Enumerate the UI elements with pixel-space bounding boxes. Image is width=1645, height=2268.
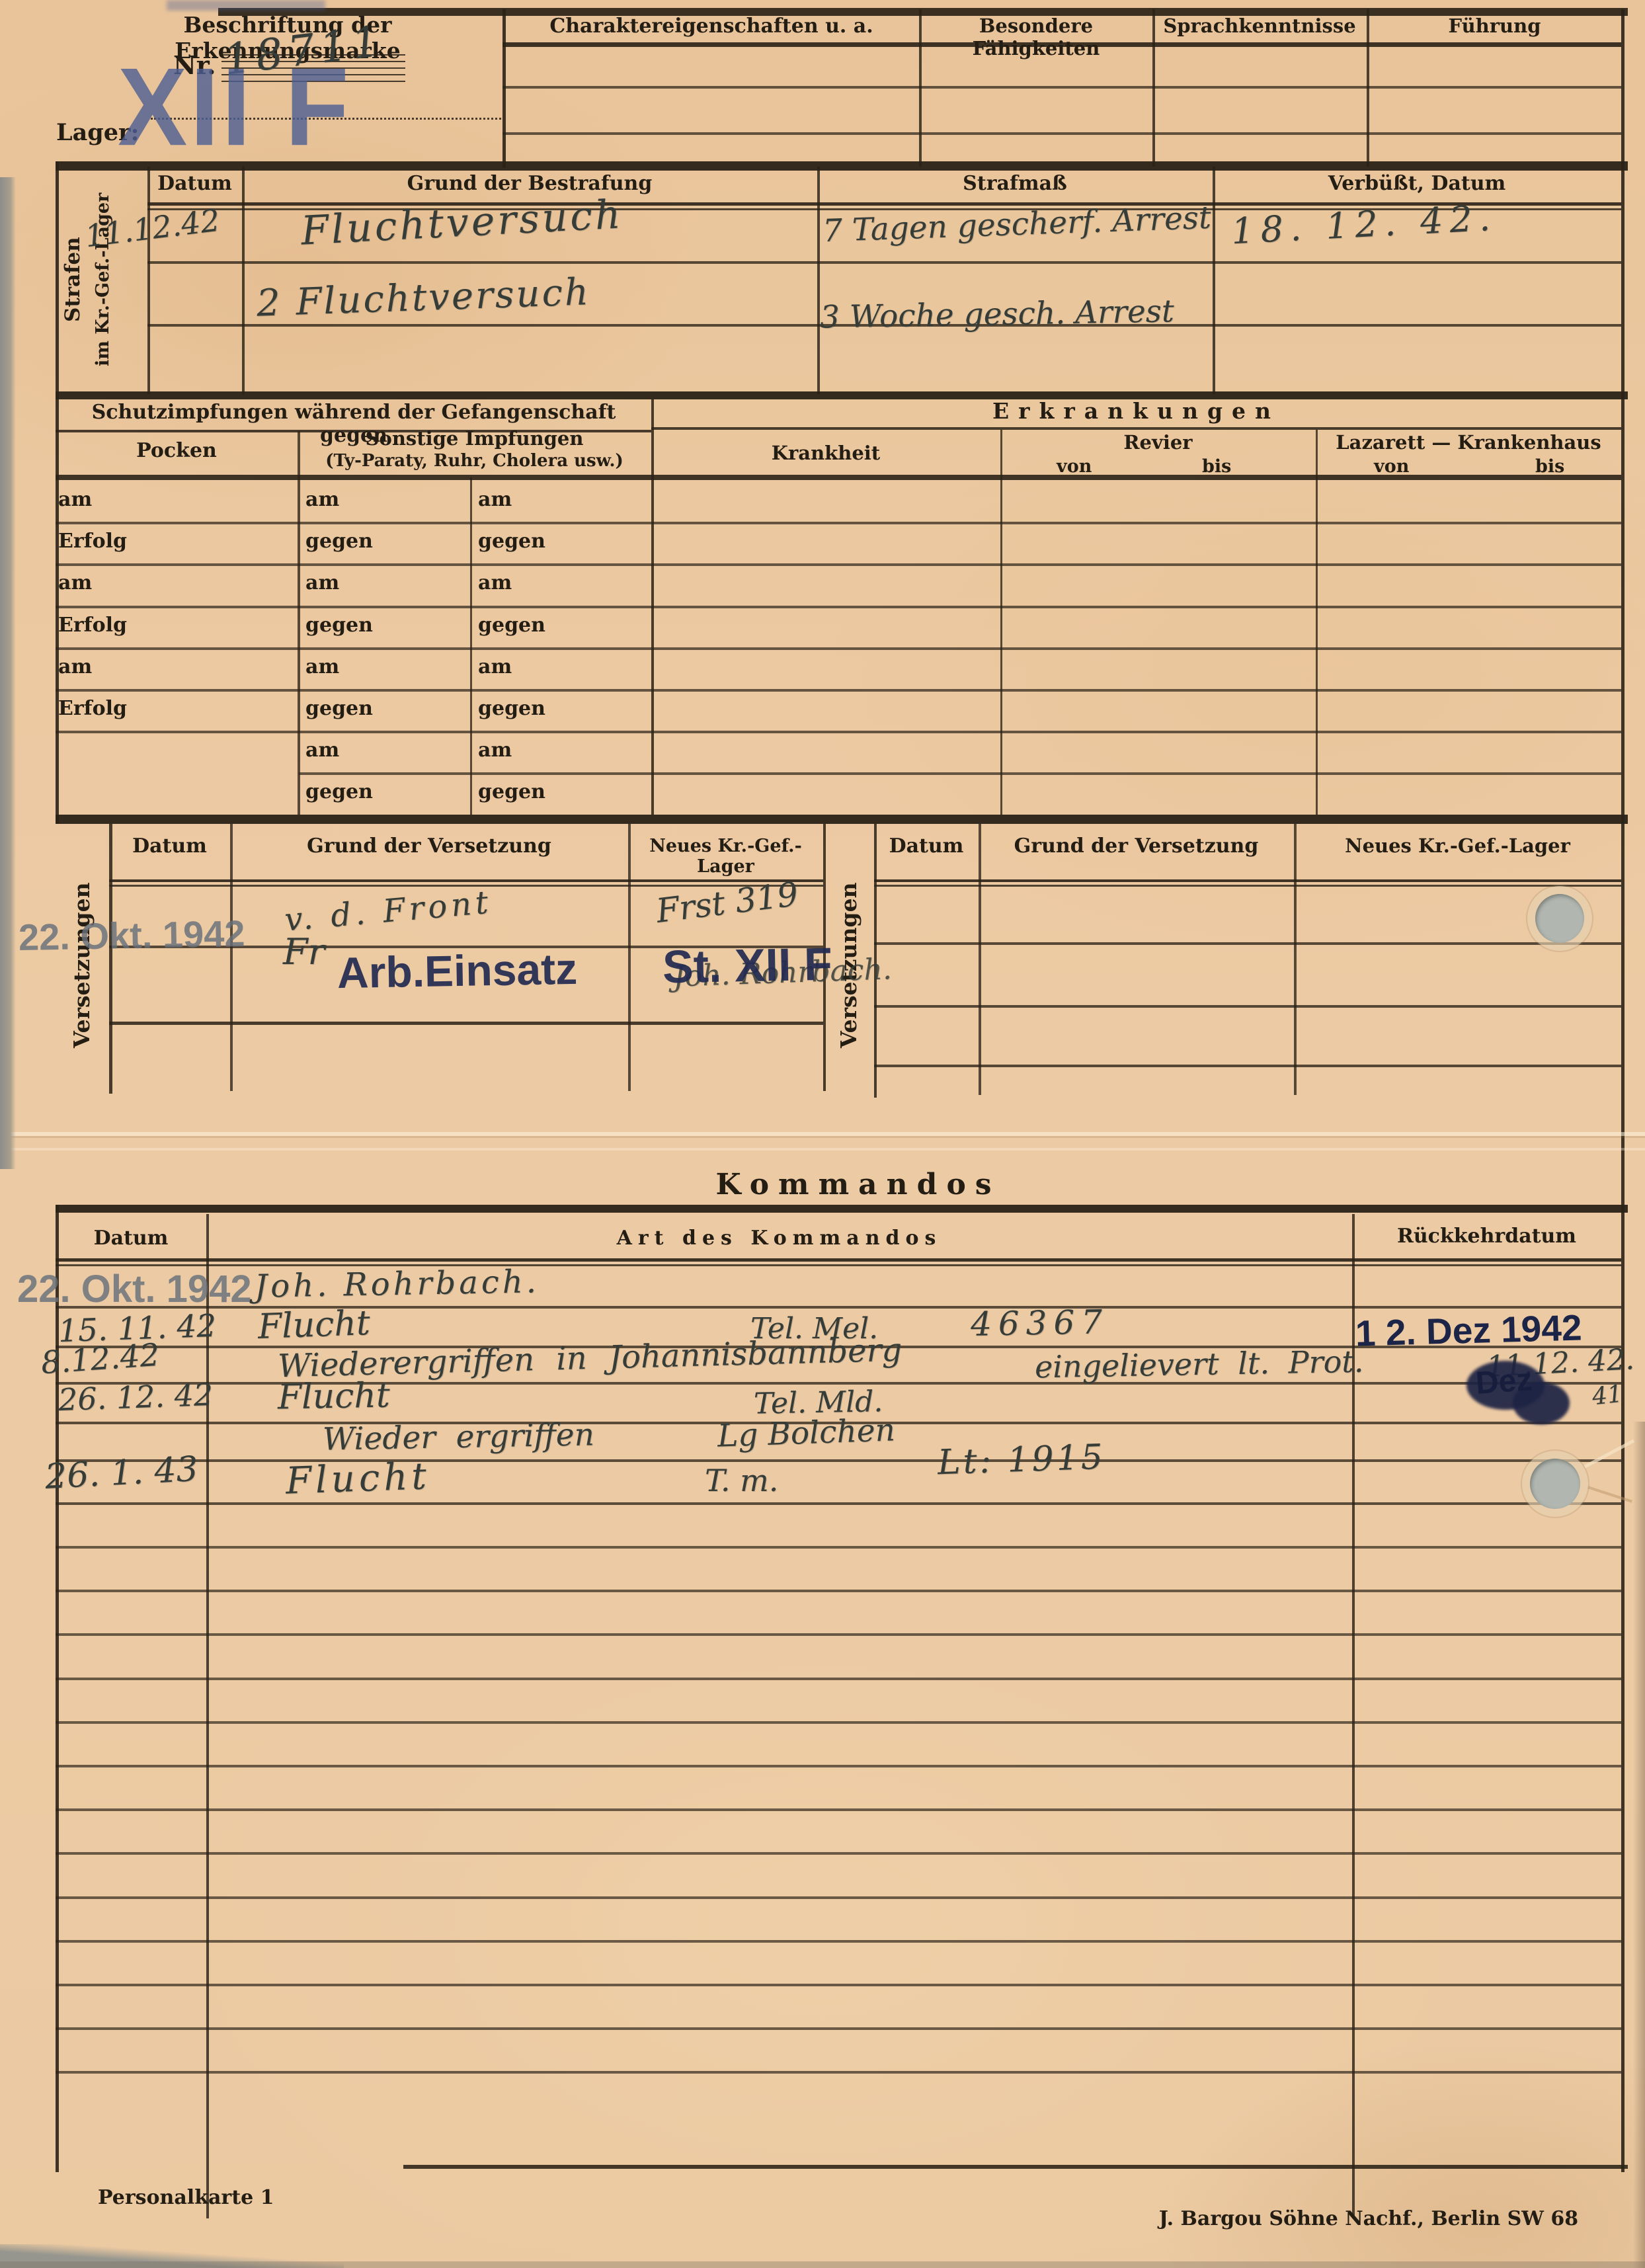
kommando-row6-tel: T. m. (705, 1463, 778, 1498)
kommandos-col-art: Art des Kommandos (206, 1227, 1352, 1250)
rule-line (298, 431, 300, 815)
vers-left-col-datum: Datum (109, 834, 230, 858)
sonstige-row-label: gegen (478, 780, 545, 803)
personalkarte-card: Beschriftung der Erkennungsmarke Nr. 187… (0, 0, 1645, 2268)
kommando-row2-nr: 46367 (971, 1303, 1109, 1344)
punch-hole (1530, 1459, 1580, 1509)
kommando-row3-text-b: eingelievert lt. Prot. (1035, 1344, 1364, 1385)
kommando-row6-text: Flucht (285, 1455, 431, 1503)
rule-line (56, 731, 1621, 733)
rule-line (206, 1214, 209, 2218)
strafen-col-grund: Grund der Bestrafung (242, 172, 817, 195)
rule-line (56, 815, 1628, 824)
rule-line (874, 1065, 1621, 1067)
vers-arbeinsatz-stamp: Arb.Einsatz (337, 944, 577, 998)
col-sprachen: Sprachkenntnisse (1154, 15, 1365, 37)
rule-line (56, 1264, 1621, 1266)
sonstige-row-label: gegen (478, 530, 545, 553)
rule-line (56, 1590, 1621, 1592)
rule-line (56, 1765, 1621, 1767)
rule-line (56, 1808, 1621, 1811)
strafen-row1-grund: Fluchtversuch (300, 191, 625, 254)
vers-right-col-lager: Neues Kr.-Gef.-Lager (1294, 834, 1621, 857)
rule-line (651, 427, 1621, 430)
rule-line (56, 1633, 1621, 1636)
vers-left-col-grund: Grund der Versetzung (230, 834, 628, 858)
kommando-row5-text: Wieder ergriffen (323, 1416, 595, 1457)
rule-line (56, 1984, 1621, 1986)
rule-line (874, 942, 1621, 945)
impfungen-col-pocken: Pocken (56, 439, 298, 462)
kommando-row4-text: Flucht (277, 1376, 390, 1418)
erkrankungen-col-krankheit: Krankheit (651, 442, 1000, 464)
rule-line (109, 824, 112, 1094)
fold-crease (0, 1148, 1645, 1151)
sonstige-row-label: gegen (305, 530, 373, 553)
erkrankungen-title: Erkrankungen (651, 398, 1621, 424)
strafen-col-verbuesst: Verbüßt, Datum (1213, 172, 1621, 195)
vers-right-col-datum: Datum (874, 834, 979, 858)
rule-line (1294, 824, 1297, 1095)
rule-line (56, 563, 1621, 566)
rule-line (56, 689, 1621, 692)
kommando-row4-datum: 26. 12. 42 (58, 1377, 214, 1418)
pocken-row-label: Erfolg (58, 697, 127, 720)
rule-line (470, 477, 472, 815)
sonstige-row-label: am (478, 488, 512, 511)
rule-line (502, 86, 1621, 89)
rule-line (56, 1852, 1621, 1855)
rule-line (56, 647, 1621, 650)
rule-line (56, 1721, 1621, 1724)
footer-publisher: J. Bargou Söhne Nachf., Berlin SW 68 (1117, 2207, 1620, 2230)
rule-line (56, 522, 1621, 524)
strafen-row2-grund: 2 Fluchtversuch (256, 270, 591, 325)
strafen-col-datum: Datum (147, 172, 242, 195)
kommandos-col-rueckkehr: Rückkehrdatum (1352, 1225, 1621, 1248)
versetzungen-side-label-left: Versetzungen (69, 854, 95, 1076)
revier-bis-label: bis (1202, 456, 1231, 477)
sonstige-row-label: am (305, 571, 339, 594)
strafen-side-label-2: im Kr.-Gef.-Lager (93, 169, 113, 391)
erkrankungen-col-lazarett: Lazarett — Krankenhaus (1316, 431, 1621, 454)
pocken-row-label: am (58, 488, 92, 511)
rule-line (299, 772, 1621, 775)
kommando-row5-place: Lg Bolchen (717, 1412, 896, 1454)
rule-line (56, 606, 1621, 608)
rule-line (502, 132, 1621, 135)
sonstige-row-label: gegen (478, 614, 545, 637)
pocken-row-label: am (58, 571, 92, 594)
tear-mark (1584, 1439, 1635, 1469)
fold-crease (0, 1136, 1645, 1138)
rule-line (1316, 430, 1318, 815)
footer-form-name: Personalkarte 1 (98, 2186, 274, 2209)
rule-line (56, 1678, 1621, 1680)
strafen-row2-strafmass: 3 Woche gesch. Arrest (820, 293, 1175, 335)
erkrankungen-col-revier: Revier (1000, 431, 1316, 454)
scan-edge-right (1633, 1422, 1645, 2268)
impfungen-col-sonstige-sub: (Ty-Paraty, Ruhr, Cholera usw.) (298, 451, 651, 471)
lager-stamp-xiif: XII F (118, 44, 352, 171)
rule-line (56, 1205, 1628, 1213)
rule-line (56, 1258, 1621, 1262)
col-faehigkeiten: Besondere Fähigkeiten (920, 15, 1152, 60)
rule-line (56, 1502, 1621, 1505)
scan-edge-bottom (0, 2261, 1645, 2268)
revier-von-label: von (1057, 456, 1092, 477)
pocken-row-label: Erfolg (58, 614, 127, 637)
kommando-row3-stamp-partial: Dez (1474, 1361, 1533, 1402)
punch-hole (1535, 894, 1584, 943)
kommando-row3-note: 41 (1591, 1381, 1624, 1411)
rule-line (979, 824, 981, 1095)
rule-line (242, 167, 245, 394)
kommando-row3-datum: 8.12.42 (40, 1337, 161, 1381)
kommando-row6-nr: Lt: 1915 (937, 1438, 1106, 1483)
kommando-row1-text: Joh. Rohrbach. (255, 1263, 540, 1305)
kommando-row1-datum-stamp: 22. Okt. 1942 (17, 1267, 252, 1311)
sonstige-row-label: am (305, 488, 339, 511)
sonstige-row-label: am (305, 655, 339, 678)
sonstige-row-label: am (478, 571, 512, 594)
rule-line (56, 1546, 1621, 1549)
kommando-row2-text: Flucht (257, 1303, 371, 1347)
rule-line (147, 167, 150, 394)
rule-line (56, 2027, 1621, 2030)
rule-line (403, 2165, 1628, 2169)
rule-line (230, 824, 233, 1091)
strafen-row1-strafmass: 7 Tagen gescherf. Arrest (822, 200, 1211, 249)
rule-line (56, 2071, 1621, 2074)
kommandos-title: Kommandos (660, 1168, 1057, 1201)
rule-line (874, 879, 1621, 882)
rule-line (109, 879, 823, 882)
rule-line (1213, 167, 1215, 394)
vers-right-col-grund: Grund der Versetzung (979, 834, 1294, 858)
vers-stxiif-stamp: St. XII F (662, 938, 832, 993)
vers-row2-grund-hw: Fr (283, 931, 325, 973)
pocken-row-label: Erfolg (58, 530, 127, 553)
sonstige-row-label: am (478, 655, 512, 678)
sonstige-row-label: am (478, 739, 512, 762)
lazarett-von-label: von (1374, 456, 1409, 477)
vers-datum-stamp: 22. Okt. 1942 (18, 912, 245, 959)
col-charakter: Charaktereigenschaften u. a. (506, 15, 917, 38)
kommando-row6-datum: 26. 1. 43 (44, 1449, 199, 1497)
sonstige-row-label: gegen (478, 697, 545, 720)
rule-line (1000, 430, 1002, 815)
rule-line (1621, 9, 1625, 2172)
sonstige-row-label: gegen (305, 697, 373, 720)
rule-line (56, 1896, 1621, 1899)
rule-line (874, 1005, 1621, 1008)
rule-line (874, 885, 1621, 887)
rule-line (109, 1022, 823, 1025)
sonstige-row-label: gegen (305, 614, 373, 637)
strafen-side-label-1: Strafen (61, 171, 85, 389)
tear-mark (1587, 1486, 1632, 1502)
scan-edge-left (0, 177, 16, 1169)
rule-line (56, 1940, 1621, 1943)
rule-line (817, 167, 820, 394)
ink-smudge (167, 0, 325, 11)
sonstige-row-label: am (305, 739, 339, 762)
pocken-row-label: am (58, 655, 92, 678)
sonstige-row-label: gegen (305, 780, 373, 803)
kommandos-col-datum: Datum (56, 1227, 206, 1250)
vers-row1-lager: Frst 319 (654, 875, 800, 930)
col-fuehrung: Führung (1368, 15, 1621, 37)
lazarett-bis-label: bis (1535, 456, 1564, 477)
impfungen-col-sonstige: Sonstige Impfungen (298, 427, 651, 450)
vers-left-col-lager: Neues Kr.-Gef.-Lager (628, 836, 823, 877)
rule-line (147, 261, 1621, 264)
strafen-col-strafmass: Strafmaß (817, 172, 1213, 195)
